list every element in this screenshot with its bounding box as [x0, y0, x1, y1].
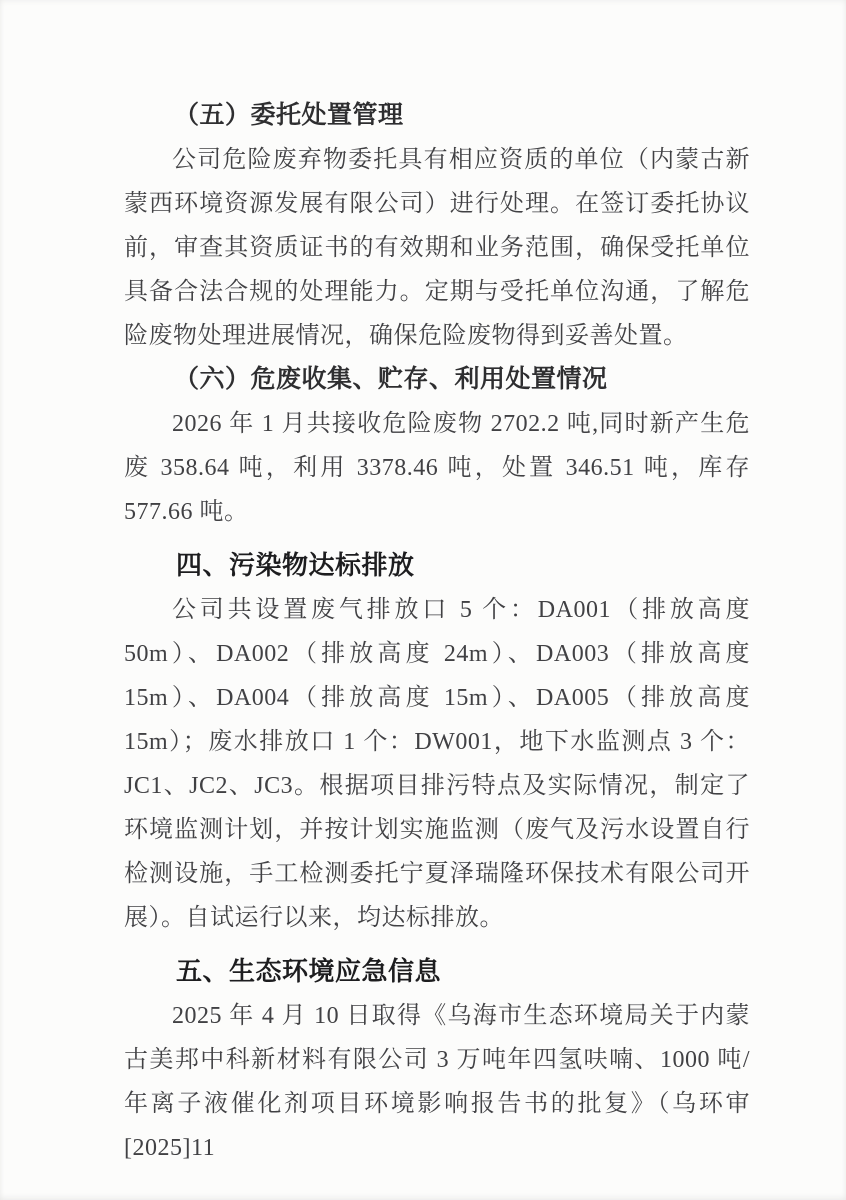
paragraph-hazwaste-monthly-statistics: 2026 年 1 月共接收危险废物 2702.2 吨,同时新产生危废 358.6… — [124, 402, 750, 534]
main-heading-pollutant-compliant-discharge: 四、污染物达标排放 — [124, 542, 750, 588]
main-heading-ecological-environment-emergency-info: 五、生态环境应急信息 — [124, 948, 750, 994]
sub-heading-hazwaste-collection-storage-utilization: （六）危废收集、贮存、利用处置情况 — [124, 358, 750, 402]
paragraph-discharge-outlets-and-monitoring: 公司共设置废气排放口 5 个：DA001（排放高度 50m）、DA002（排放高… — [124, 588, 750, 940]
document-content: （五）委托处置管理 公司危险废弃物委托具有相应资质的单位（内蒙古新蒙西环境资源发… — [124, 94, 750, 1170]
paragraph-entrusted-disposal-details: 公司危险废弃物委托具有相应资质的单位（内蒙古新蒙西环境资源发展有限公司）进行处理… — [124, 138, 750, 358]
paragraph-eia-approval-document: 2025 年 4 月 10 日取得《乌海市生态环境局关于内蒙古美邦中科新材料有限… — [124, 994, 750, 1170]
sub-heading-entrusted-disposal-management: （五）委托处置管理 — [124, 94, 750, 138]
scanned-document-page: （五）委托处置管理 公司危险废弃物委托具有相应资质的单位（内蒙古新蒙西环境资源发… — [0, 0, 846, 1200]
